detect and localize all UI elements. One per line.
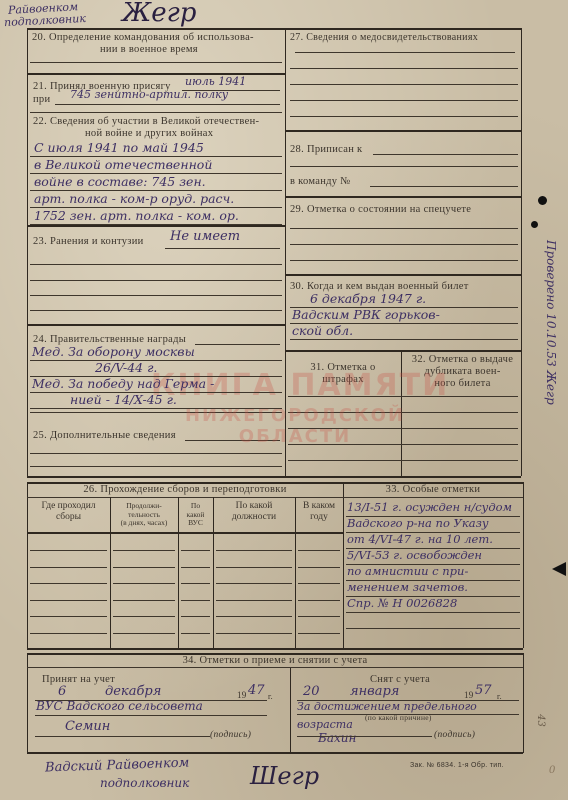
- table-row-line: [216, 550, 292, 551]
- section-23-label: 23. Ранения и контузии: [33, 236, 144, 247]
- punch-hole: [531, 221, 538, 228]
- section-33-entry: 5/VI-53 г. освобожден: [347, 548, 482, 562]
- table-column-header: Где проходил: [27, 502, 110, 512]
- section-24-entry: нией - 14/X-45 г.: [70, 392, 177, 407]
- top-annotation-line2: подполковник: [4, 12, 86, 29]
- section-20-label2: нии в военное время: [100, 44, 198, 55]
- removed-signature: Бахин: [318, 731, 356, 745]
- accepted-month: декабря: [105, 684, 161, 699]
- table-row-line: [216, 616, 292, 617]
- table-row-line: [113, 567, 175, 568]
- section-21-unit: 745 зенитно-артил. полку: [70, 88, 228, 101]
- removed-reason2: возраста: [297, 718, 353, 731]
- accepted-signature: Семин: [65, 719, 110, 734]
- table-row-line: [298, 600, 340, 601]
- table-row-line: [181, 633, 210, 634]
- section-30-entry: 6 декабря 1947 г.: [310, 291, 426, 306]
- table-row-line: [298, 567, 340, 568]
- accepted-day: 6: [58, 684, 66, 699]
- table-row-line: [216, 583, 292, 584]
- column-divider: [213, 497, 214, 648]
- section-20-label: 20. Определение командования об использо…: [32, 32, 282, 43]
- rule-line: [346, 628, 520, 629]
- section-22-entry: арт. полка - ком-р оруд. расч.: [34, 191, 234, 206]
- table-row-line: [181, 583, 210, 584]
- table-row-line: [298, 550, 340, 551]
- table-column-header: ВУС: [178, 519, 213, 527]
- section-21-oath-date: июль 1941: [185, 75, 246, 88]
- section-33-entry: Вадского р-на по Указу: [347, 516, 489, 530]
- section-25-label: 25. Дополнительные сведения: [33, 430, 176, 441]
- table-row-line: [113, 616, 175, 617]
- section-27-label: 27. Сведения о медосвидетельствованиях: [290, 32, 478, 43]
- section-24-entry: Мед. За оборону москвы: [32, 344, 195, 359]
- table-row-line: [298, 633, 340, 634]
- print-info: Зак. № 6834. 1-я Обр. тип.: [410, 762, 504, 769]
- rule-line: [346, 612, 520, 613]
- section-33-entry: менением зачетов.: [347, 580, 468, 594]
- table-column-header: году: [295, 513, 343, 523]
- section-32-label3: ного билета: [404, 378, 521, 389]
- section-33-entry: Спр. № Н 0026828: [347, 596, 457, 610]
- section-21-label2: при: [33, 94, 50, 105]
- margin-verification-note: Проверено 10.10.53 Жегр: [544, 240, 558, 405]
- table-column-header: должности: [213, 513, 295, 523]
- margin-small-note: 43: [535, 714, 546, 727]
- table-column-header: По какой: [213, 502, 295, 512]
- section-22-entry: войне в составе: 745 зен.: [34, 174, 206, 189]
- section-30-entry: Вадским РВК горьков-: [292, 307, 440, 322]
- table-row-line: [30, 600, 107, 601]
- column-divider: [178, 497, 179, 648]
- bottom-signature: Шегр: [250, 762, 319, 790]
- removed-year: 57: [475, 683, 492, 698]
- table-row-line: [181, 567, 210, 568]
- section-33-title: 33. Особые отметки: [343, 484, 523, 495]
- section-28-field: [373, 154, 518, 155]
- table-row-line: [298, 583, 340, 584]
- section-30-entry: ской обл.: [292, 323, 353, 338]
- table-row-line: [216, 633, 292, 634]
- table-column-header: Продолжи-: [110, 502, 178, 510]
- section-22-label2: ной войне и других войнах: [85, 128, 213, 139]
- section-34-title: 34. Отметки о приеме и снятии с учета: [27, 655, 523, 666]
- column-divider: [295, 497, 296, 648]
- table-row-line: [30, 616, 107, 617]
- table-column-header: сборы: [27, 513, 110, 523]
- removed-signature-label: (подпись): [434, 730, 475, 740]
- removed-reason: За достижением предельного: [297, 700, 477, 713]
- table-row-line: [216, 567, 292, 568]
- page-tear: [552, 562, 566, 576]
- section-24-entry: 26/V-44 г.: [95, 360, 157, 375]
- removed-year-prefix: 19: [464, 690, 474, 700]
- removed-month: января: [350, 684, 399, 699]
- rule-line: [30, 224, 282, 225]
- section-33-entry: от 4/VI-47 г. на 10 лет.: [347, 532, 493, 546]
- rule-line: [30, 408, 282, 409]
- table-row-line: [113, 633, 175, 634]
- table-column-header: (в днях, часах): [110, 519, 178, 527]
- accepted-year-suffix: г.: [268, 692, 273, 701]
- table-row-line: [30, 583, 107, 584]
- section-24-entry: Мед. За победу над Герма -: [32, 376, 214, 391]
- section-33-entry: по амнистии с при-: [347, 564, 468, 578]
- rule-line: [290, 339, 518, 340]
- table-row-line: [30, 567, 107, 568]
- removed-reason-label: (по какой причине): [365, 713, 432, 722]
- table-row-line: [30, 550, 107, 551]
- section-22-entry: 1752 зен. арт. полка - ком. ор.: [34, 208, 239, 223]
- top-signature: Жегр: [122, 0, 196, 28]
- table-row-line: [216, 600, 292, 601]
- accepted-year-prefix: 19: [237, 690, 247, 700]
- table-row-line: [181, 600, 210, 601]
- section-32-label: 32. Отметка о выдаче: [404, 354, 521, 365]
- table-row-line: [298, 616, 340, 617]
- section-22-entry: в Великой отечественной: [34, 157, 212, 172]
- margin-zero: 0: [549, 762, 555, 777]
- table-column-header: В каком: [295, 502, 343, 512]
- removed-day: 20: [303, 684, 320, 699]
- bottom-line2: подполковник: [100, 776, 189, 790]
- table-row-line: [181, 616, 210, 617]
- section-31-label2: штрафах: [285, 374, 401, 385]
- section-23-value: Не имеет: [170, 229, 240, 244]
- accepted-org: ВУС Вадского сельсовета: [36, 699, 203, 713]
- section-28-label: 28. Приписан к: [290, 144, 362, 155]
- punch-hole: [538, 196, 547, 205]
- table-column-header: По: [178, 502, 213, 510]
- column-divider: [110, 497, 111, 648]
- section-28-label2: в команду №: [290, 176, 351, 187]
- section-31-label: 31. Отметка о: [285, 362, 401, 373]
- section-22-label: 22. Сведения об участии в Великой отечес…: [33, 116, 259, 127]
- accepted-signature-label: (подпись): [210, 730, 251, 740]
- bottom-line1: Вадский Райвоенком: [45, 755, 190, 775]
- table-row-line: [30, 633, 107, 634]
- table-row-line: [113, 550, 175, 551]
- table-row-line: [113, 600, 175, 601]
- table-row-line: [181, 550, 210, 551]
- section-29-label: 29. Отметка о состоянии на спецучете: [290, 204, 471, 215]
- section-32-label2: дубликата воен-: [404, 366, 521, 377]
- section-28-team-field: [370, 186, 518, 187]
- section-26-title: 26. Прохождение сборов и переподготовки: [27, 484, 343, 495]
- header-divider: [27, 532, 343, 534]
- table-row-line: [113, 583, 175, 584]
- section-22-entry: С июля 1941 по май 1945: [34, 140, 204, 155]
- section-33-entry: 13/I-51 г. осужден н/судом: [347, 500, 512, 514]
- accepted-year: 47: [248, 683, 265, 698]
